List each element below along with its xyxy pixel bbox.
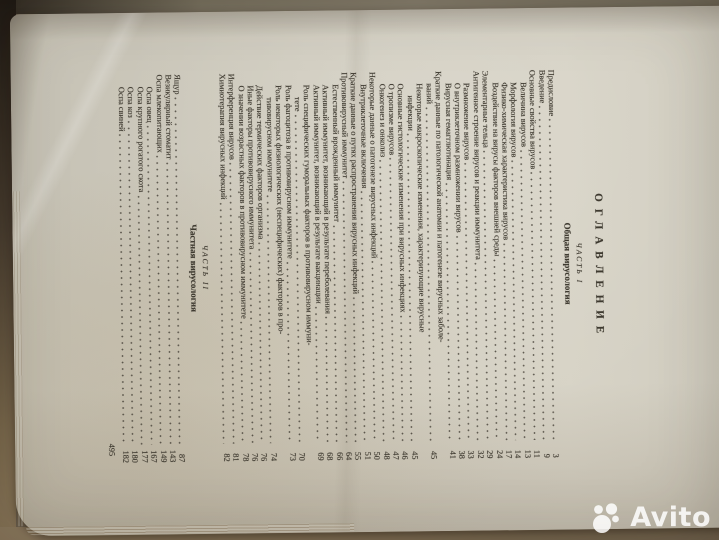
toc-entry-text: О внутриклеточном размножении вирусов [452,71,463,233]
toc-entry-page-number: 50 [372,445,382,460]
dot-leader [314,307,325,443]
dot-leader [239,322,250,444]
toc-entry-text: Онкогенез и онколиз [377,72,387,157]
toc-entry-page-number: 24 [494,443,504,458]
toc-entry-page-number: 81 [231,447,241,462]
toc-entry-page-number: 143 [168,447,178,462]
toc-entry-page-number: 38 [457,444,467,459]
toc-entry-page-number: 149 [158,447,168,462]
dot-leader [399,315,410,441]
toc-entry-page-number: 87 [177,447,187,462]
page-stack-edge-left [13,192,24,527]
toc-entry-text: инфекции [405,71,415,130]
toc-entry-page-number: 32 [475,444,485,459]
toc-entry-text: Оспа крупного рогатого скота [135,75,146,193]
toc-entry-page-number: 70 [297,446,307,461]
toc-entry-text: Внутриклеточные включения [358,72,369,188]
avito-watermark-label: Avito [630,502,711,533]
toc-entry-text: Элементарные тельца [480,71,490,148]
toc-entry-page-number: 29 [485,443,495,458]
avito-logo-icon [590,500,624,534]
dot-leader [351,297,362,442]
toc-entry-page-number: 69 [316,446,326,461]
part2-label: ЧАСТЬ II [199,74,213,462]
toc-entry-page-number: 47 [391,445,401,460]
toc-entry-page-number: 82 [222,447,232,462]
toc-entry-page-number: 180 [130,448,140,463]
toc-entry-text: Противовирусный иммунитет [339,72,350,178]
toc-entry-text: Оспа коз [126,75,136,118]
toc-entry-text: Естественный врожденный иммунитет [330,72,341,222]
toc-entry-page-number: 13 [522,443,532,458]
toc-entry-page-number: 46 [400,445,410,460]
toc-entry-page-number: 55 [353,445,363,460]
toc-entry-text: Оспа овец [144,75,154,123]
toc-entry-page-number: 51 [363,445,373,460]
toc-entry-page-number: 73 [287,446,297,461]
toc-entry-page-number: 9 [541,443,551,458]
toc-entry-page-number: 167 [149,448,159,463]
book-photo: ОГЛАВЛЕНИЕ ЧАСТЬ I Общая вирусология Пре… [0,0,719,540]
page-title: ОГЛАВЛЕНИЕ [591,69,608,457]
toc-entry-text: Предисловие [546,70,556,117]
toc-entry-text: Морфология вирусов [509,70,519,157]
footer-page-number: 495 [102,75,116,463]
toc-entry-page-number: 11 [532,443,542,458]
toc-entry-text: Введение [537,70,547,104]
toc-entry-text: тивовирусном иммунитете [264,73,275,192]
toc-entry-text: Вирусная гемагглютинация [443,71,454,180]
toc-entry-text: Основные свойства вирусов [527,70,538,169]
toc-entry-page-number: 33 [466,444,476,459]
toc-entry-page-number: 3 [551,443,561,458]
book-page: ОГЛАВЛЕНИЕ ЧАСТЬ I Общая вирусология Пре… [10,6,719,537]
toc-entry-text: Оспа свиней [116,75,126,132]
toc-content: ОГЛАВЛЕНИЕ ЧАСТЬ I Общая вирусология Пре… [83,69,608,463]
toc-entry-text: Везикулярный стоматит [163,74,173,159]
toc-entry-page-number: 45 [428,444,438,459]
toc-entry-page-number: 45 [410,444,420,459]
toc-entry-text: Оспа млекопитающих [154,75,164,153]
toc-entry-page-number: 78 [240,446,250,461]
toc-entry-page-number: 48 [381,445,391,460]
toc-entry-text: Ящур [173,74,183,94]
toc-entry-page-number: 182 [121,448,131,463]
toc-entry-page-number: 177 [139,448,149,463]
toc-part1-list: Предисловие3Введение9Основные свойства в… [217,70,560,462]
toc-entry-text: тете [292,73,302,112]
toc-part2-list: Ящур87Везикулярный стоматит143Оспа млеко… [116,74,187,463]
toc-entry-page-number: 41 [447,444,457,459]
toc-entry-text: Химиотерапия вирусных инфекций [217,74,228,200]
toc-entry-page-number: 74 [269,446,279,461]
toc-entry-text: Величина вирусов [518,70,528,147]
dot-leader [323,317,334,443]
toc-entry-text: Размножение вирусов [461,71,471,160]
toc-entry-page-number: 76 [250,446,260,461]
part1-label: ЧАСТЬ I [573,69,587,457]
avito-watermark: Avito [590,500,711,534]
toc-entry-page-number: 17 [504,443,514,458]
toc-entry-text: Интерференция вирусов [226,74,236,160]
toc-entry-text: О тропизме вирусов [386,72,396,156]
toc-entry-page-number: 76 [259,446,269,461]
toc-entry-text: ваний [424,71,434,104]
toc-entry-page-number: 66 [334,445,344,460]
toc-entry-page-number: 68 [325,445,335,460]
toc-entry-page-number: 64 [344,445,354,460]
toc-entry-page-number: 14 [513,443,523,458]
